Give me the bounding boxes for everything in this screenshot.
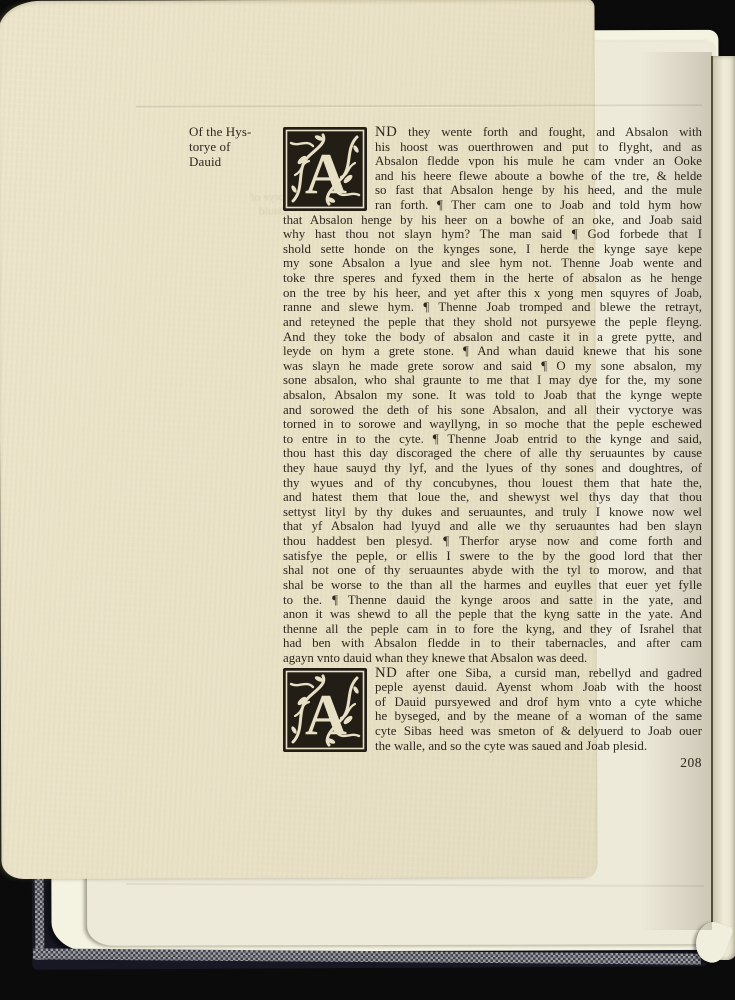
margin-note-line: Dauid	[189, 154, 289, 169]
text-block: A ND they wente forth and fought, and Ab…	[283, 125, 702, 771]
text-line: thenne all the peple cam in to fore the …	[283, 622, 702, 637]
text-line: shal be worse to the than all the harmes…	[283, 578, 702, 593]
text-line: thou hast this day discoraged the chere …	[283, 446, 702, 461]
text-line: ran forth. ¶ Ther cam one to Joab and to…	[375, 198, 702, 213]
text-line: on the tree by his heer, and yet after t…	[283, 286, 702, 301]
svg-text:A: A	[305, 682, 347, 747]
lead-in-caps: ND	[375, 666, 397, 681]
text-line: torned in to sorowe and wayllyng, in so …	[283, 417, 702, 432]
text-line: Absalon fledde vpon his mule he cam vnde…	[375, 154, 702, 169]
paragraph-2: A ND after one Siba, a cursid man, rebel…	[283, 666, 702, 754]
text-line: to the. ¶ Thenne dauid the kynge aroos a…	[283, 593, 702, 608]
text-line: sone absalon, who shal graunte to me tha…	[283, 373, 702, 388]
paragraph-1: A ND they wente forth and fought, and Ab…	[283, 125, 702, 666]
text-line: ranne and slewe hym. ¶ Thenne Joab tromp…	[283, 300, 702, 315]
text-line: so fast that Absalon henge by his heed, …	[375, 183, 702, 198]
text-line: they haue sauyd thy lyf, and the lyues o…	[283, 461, 702, 476]
text-line: ND after one Siba, a cursid man, rebelly…	[375, 666, 702, 681]
margin-note: Of the Hys- torye of Dauid	[189, 124, 289, 170]
margin-note-line: Of the Hys-	[189, 124, 289, 139]
margin-note-line: torye of	[189, 139, 289, 154]
page-content: Of the Hys- torye of Dauid torye of Daui…	[0, 0, 735, 1000]
text-line: and sorowed the deth of his sone Absalon…	[283, 403, 702, 418]
text-line: thou haddest ben plesyd. ¶ Therfor aryse…	[283, 534, 702, 549]
text-line: absalon, Absalon my sone. It was told to…	[283, 388, 702, 403]
text-line: he byseged, and by the meane of a woman …	[375, 709, 702, 724]
text-line: that Absalon henge by his heer on a bowh…	[283, 213, 702, 228]
text-line: agayn vnto dauid whan they knewe that Ab…	[283, 651, 702, 666]
show-through-text: torye of Dauid	[198, 189, 288, 219]
text-line: my sone Absalon a lyue and slee hym not.…	[283, 256, 702, 271]
text-line: why hast thou not slayn hym? The man sai…	[283, 227, 702, 242]
text-line: settyst lityl by thy dukes and seruaunte…	[283, 505, 702, 520]
lead-in-caps: ND	[375, 125, 397, 140]
text-line: had ben with Absalon fledde in to their …	[283, 636, 702, 651]
text-line: thy wyues and of thy concubynes, thou lo…	[283, 476, 702, 491]
text-line: shal not one of thy seruauntes abyde wit…	[283, 563, 702, 578]
drop-cap-initial-A: A	[283, 127, 367, 211]
text-line: And they toke the body of absalon and ca…	[283, 330, 702, 345]
page-number: 208	[283, 755, 702, 771]
text-line: and his heere flewe aboute a bowhe of th…	[375, 169, 702, 184]
photo-backdrop: Of the Hys- torye of Dauid torye of Daui…	[0, 0, 735, 1000]
text-line: shold sette honde on the kynges sone, I …	[283, 242, 702, 257]
drop-cap-initial-A: A	[283, 668, 367, 752]
text-line: cyte Sibas heed was smeton of & delyuerd…	[375, 724, 702, 739]
text-line: his hoost was ouerthrowen and put to fly…	[375, 140, 702, 155]
text-line: satisfye the peple, or ellis I swere to …	[283, 549, 702, 564]
text-line: of Dauid pursyewed and drof hym vnto a c…	[375, 695, 702, 710]
text-line: peple ayenst dauid. Ayenst whom Joab wit…	[375, 680, 702, 695]
text-line: to entre in to the cyte. ¶ Thenne Joab e…	[283, 432, 702, 447]
text-line: and reteyned the peple that they shold n…	[283, 315, 702, 330]
text-line: anon it was shewd to all the peple that …	[283, 607, 702, 622]
text-line: ND they wente forth and fought, and Absa…	[375, 125, 702, 140]
text-line: was slayn he made grete sorow and said ¶…	[283, 359, 702, 374]
text-line: and hatest them that loue the, and shewy…	[283, 490, 702, 505]
text-line: toke thre speres and fyxed them in the h…	[283, 271, 702, 286]
text-line: the walle, and so the cyte was saued and…	[375, 739, 702, 754]
svg-text:A: A	[305, 141, 347, 206]
text-line: leyde on hym a grete stone. ¶ And whan d…	[283, 344, 702, 359]
text-line: that yf Absalon had lyuyd and alle we th…	[283, 519, 702, 534]
